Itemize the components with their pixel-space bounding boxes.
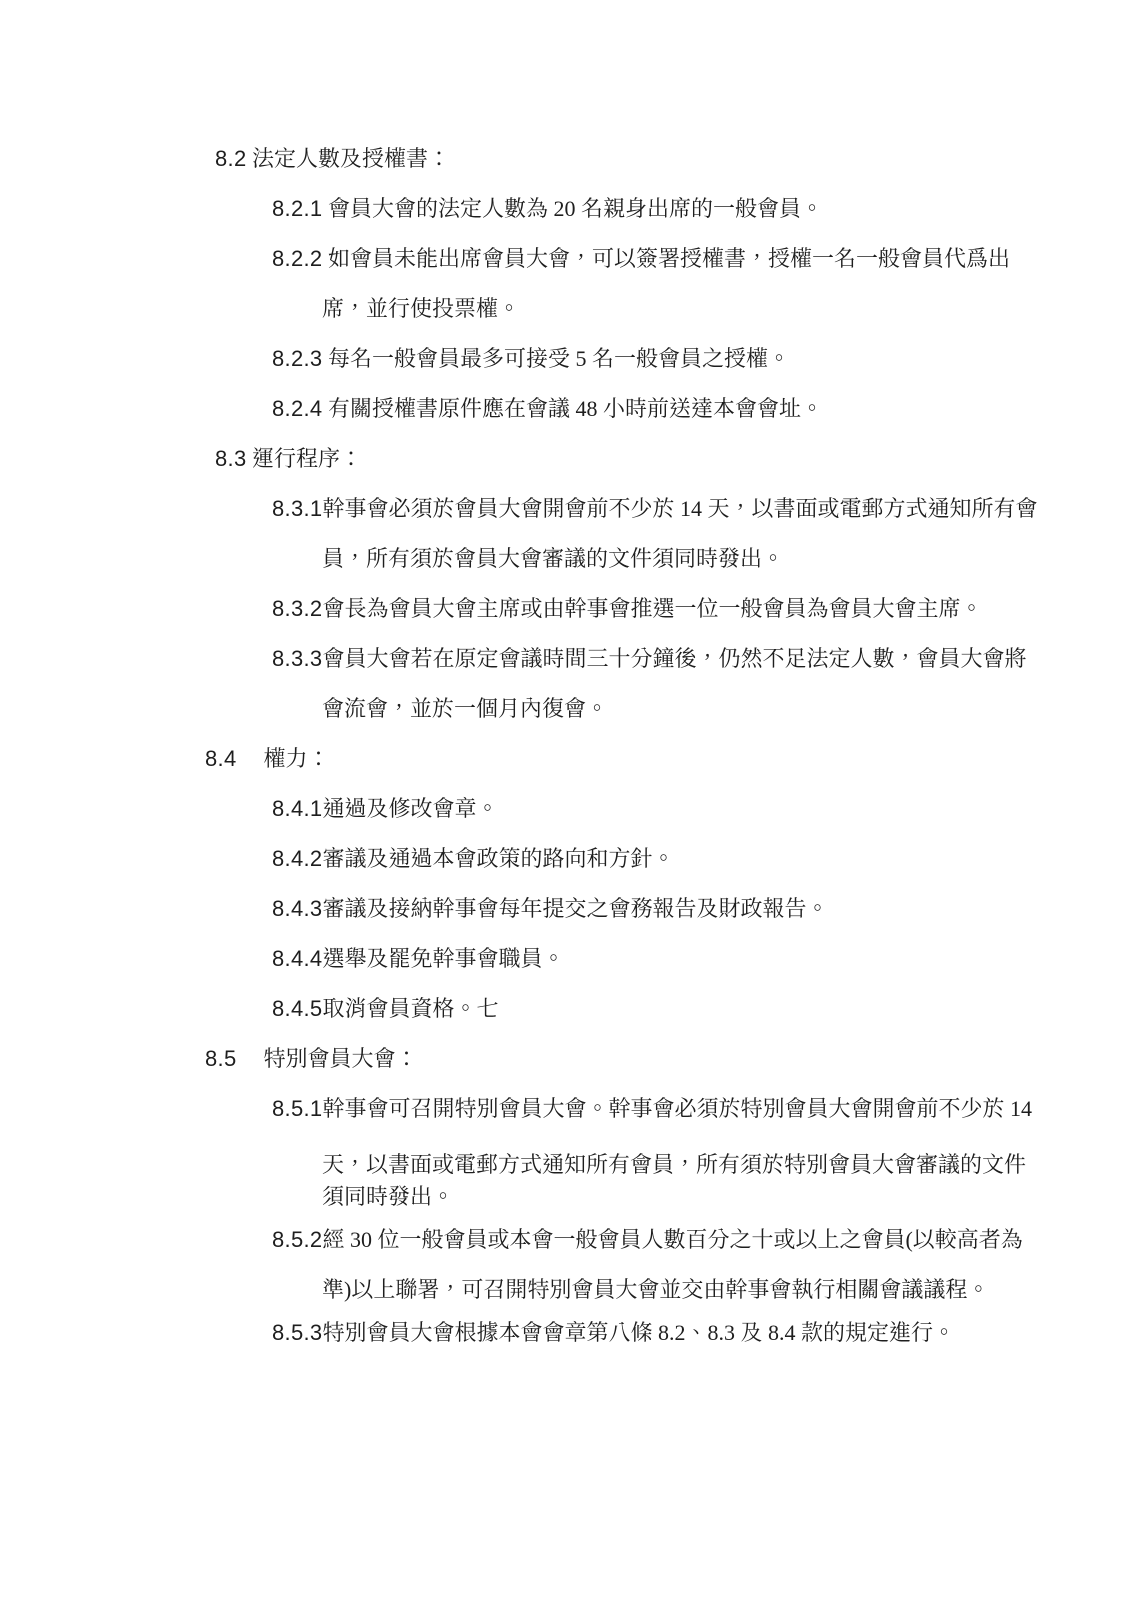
document-line: 須同時發出。 xyxy=(0,1183,1131,1211)
document-line: 天，以書面或電郵方式通知所有會員，所有須於特別會員大會審議的文件 xyxy=(0,1151,1131,1179)
document-line: 8.2.1 會員大會的法定人數為 20 名親身出席的一般會員。 xyxy=(0,195,1131,223)
clause-text: 天，以書面或電郵方式通知所有會員，所有須於特別會員大會審議的文件 xyxy=(322,1152,1026,1177)
clause-text: 會員大會的法定人數為 20 名親身出席的一般會員。 xyxy=(328,196,823,221)
clause-number: 8.5.3 xyxy=(272,1320,322,1345)
clause-text: 審議及通過本會政策的路向和方針。 xyxy=(322,846,674,871)
clause-text: 特別會員大會根據本會會章第八條 8.2、8.3 及 8.4 款的規定進行。 xyxy=(322,1320,955,1345)
document-line: 8.2.3 每名一般會員最多可接受 5 名一般會員之授權。 xyxy=(0,345,1131,373)
document-line: 8.2.4 有關授權書原件應在會議 48 小時前送達本會會址。 xyxy=(0,395,1131,423)
clause-text: 席，並行使投票權。 xyxy=(322,296,520,321)
document-line: 員，所有須於會員大會審議的文件須同時發出。 xyxy=(0,545,1131,573)
document-line: 8.5.2經 30 位一般會員或本會一般會員人數百分之十或以上之會員(以較高者為 xyxy=(0,1226,1131,1254)
document-line: 8.3 運行程序： xyxy=(0,445,1131,473)
clause-text: 須同時發出。 xyxy=(322,1184,454,1209)
clause-text: 有關授權書原件應在會議 48 小時前送達本會會址。 xyxy=(328,396,823,421)
document-body: 8.2 法定人數及授權書：8.2.1 會員大會的法定人數為 20 名親身出席的一… xyxy=(0,145,1131,1347)
document-line: 8.3.3會員大會若在原定會議時間三十分鐘後，仍然不足法定人數，會員大會將 xyxy=(0,645,1131,673)
clause-text: 通過及修改會章。 xyxy=(322,796,498,821)
document-line: 8.4.5取消會員資格。七 xyxy=(0,995,1131,1023)
clause-number: 8.2.2 xyxy=(272,246,322,271)
clause-number: 8.3 xyxy=(215,446,246,471)
document-line: 8.2.2 如會員未能出席會員大會，可以簽署授權書，授權一名一般會員代爲出 xyxy=(0,245,1131,273)
document-line: 8.4.1通過及修改會章。 xyxy=(0,795,1131,823)
clause-number: 8.2.3 xyxy=(272,346,322,371)
document-line: 8.4.3審議及接納幹事會每年提交之會務報告及財政報告。 xyxy=(0,895,1131,923)
clause-number: 8.4.4 xyxy=(272,946,322,971)
clause-number: 8.4.1 xyxy=(272,796,322,821)
clause-text: 幹事會可召開特別會員大會。幹事會必須於特別會員大會開會前不少於 14 xyxy=(322,1096,1032,1121)
clause-text: 幹事會必須於會員大會開會前不少於 14 天，以書面或電郵方式通知所有會 xyxy=(322,496,1037,521)
clause-text: 取消會員資格。七 xyxy=(322,996,498,1021)
document-line: 8.2 法定人數及授權書： xyxy=(0,145,1131,173)
clause-text: 準)以上聯署，可召開特別會員大會並交由幹事會執行相關會議議程。 xyxy=(322,1277,989,1302)
clause-text: 特別會員大會： xyxy=(263,1046,417,1071)
clause-number: 8.3.1 xyxy=(272,496,322,521)
clause-text: 會長為會員大會主席或由幹事會推選一位一般會員為會員大會主席。 xyxy=(322,596,982,621)
clause-number: 8.4.2 xyxy=(272,846,322,871)
clause-text: 運行程序： xyxy=(252,446,362,471)
clause-number: 8.4 xyxy=(205,746,236,771)
clause-number: 8.5.1 xyxy=(272,1096,322,1121)
document-line: 8.5特別會員大會： xyxy=(0,1045,1131,1073)
document-line: 8.4權力： xyxy=(0,745,1131,773)
document-line: 8.3.1幹事會必須於會員大會開會前不少於 14 天，以書面或電郵方式通知所有會 xyxy=(0,495,1131,523)
clause-text: 會流會，並於一個月內復會。 xyxy=(322,696,608,721)
clause-text: 審議及接納幹事會每年提交之會務報告及財政報告。 xyxy=(322,896,828,921)
clause-number: 8.3.3 xyxy=(272,646,322,671)
clause-text: 員，所有須於會員大會審議的文件須同時發出。 xyxy=(322,546,784,571)
document-line: 8.4.4選舉及罷免幹事會職員。 xyxy=(0,945,1131,973)
document-line: 8.3.2會長為會員大會主席或由幹事會推選一位一般會員為會員大會主席。 xyxy=(0,595,1131,623)
clause-number: 8.5 xyxy=(205,1046,236,1071)
document-line: 席，並行使投票權。 xyxy=(0,295,1131,323)
document-line: 會流會，並於一個月內復會。 xyxy=(0,695,1131,723)
clause-number: 8.2.4 xyxy=(272,396,322,421)
clause-text: 權力： xyxy=(263,746,329,771)
document-page: 8.2 法定人數及授權書：8.2.1 會員大會的法定人數為 20 名親身出席的一… xyxy=(0,0,1131,1600)
clause-number: 8.3.2 xyxy=(272,596,322,621)
clause-number: 8.2 xyxy=(215,146,246,171)
clause-number: 8.4.5 xyxy=(272,996,322,1021)
document-line: 8.5.1幹事會可召開特別會員大會。幹事會必須於特別會員大會開會前不少於 14 xyxy=(0,1095,1131,1123)
clause-text: 選舉及罷免幹事會職員。 xyxy=(322,946,564,971)
clause-text: 法定人數及授權書： xyxy=(252,146,450,171)
document-line: 8.4.2審議及通過本會政策的路向和方針。 xyxy=(0,845,1131,873)
clause-text: 如會員未能出席會員大會，可以簽署授權書，授權一名一般會員代爲出 xyxy=(328,246,1010,271)
clause-text: 每名一般會員最多可接受 5 名一般會員之授權。 xyxy=(328,346,790,371)
clause-text: 會員大會若在原定會議時間三十分鐘後，仍然不足法定人數，會員大會將 xyxy=(322,646,1026,671)
clause-number: 8.4.3 xyxy=(272,896,322,921)
document-line: 8.5.3特別會員大會根據本會會章第八條 8.2、8.3 及 8.4 款的規定進… xyxy=(0,1319,1131,1347)
clause-number: 8.2.1 xyxy=(272,196,322,221)
clause-text: 經 30 位一般會員或本會一般會員人數百分之十或以上之會員(以較高者為 xyxy=(322,1227,1022,1252)
clause-number: 8.5.2 xyxy=(272,1227,322,1252)
document-line: 準)以上聯署，可召開特別會員大會並交由幹事會執行相關會議議程。 xyxy=(0,1276,1131,1304)
